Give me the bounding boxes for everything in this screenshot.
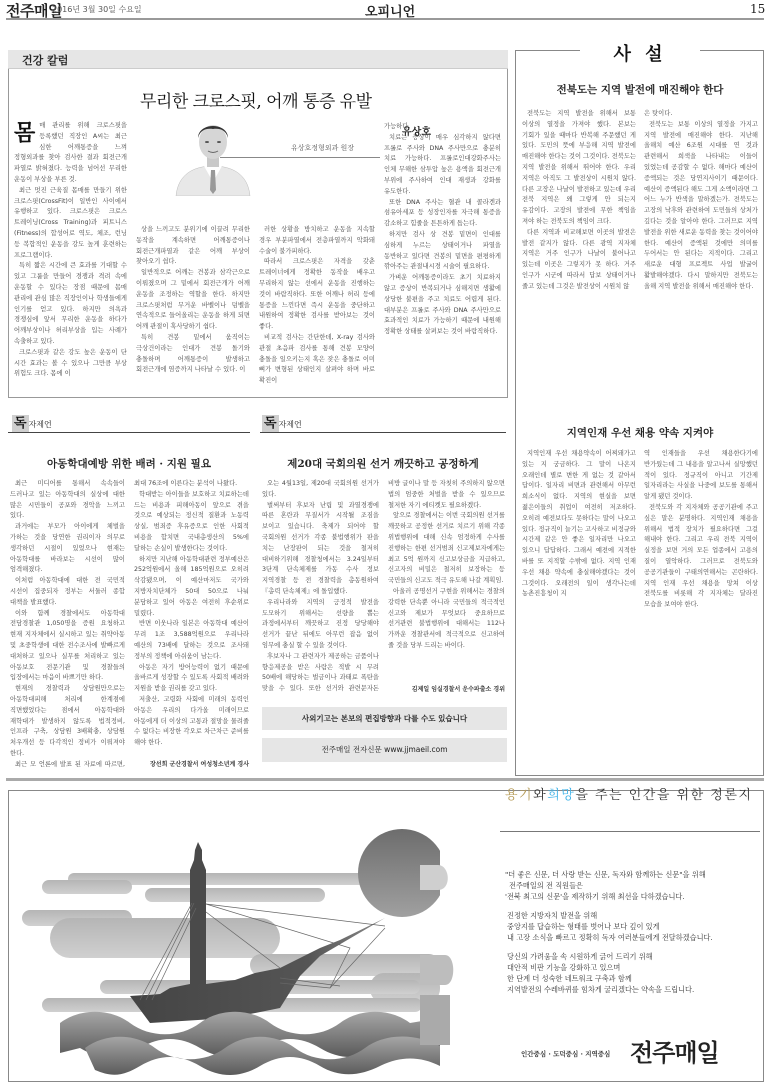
author-role: 유상호정형외과 원장 [291,143,354,153]
readers-voice-rule-right [260,432,506,433]
epaper-notice[interactable]: 전주매일 전자신문 www.jjmaeil.com [262,738,507,762]
editorial-2-col1: 지역인재 우선 채용약속이 어찌돼가고 있는 지 궁금하다. 그 말이 나온지 … [522,449,636,769]
ship-illustration [20,808,440,1078]
readers-voice-title-left: 아동학대예방 위한 배려 · 지원 필요 [8,456,250,471]
masthead-rule [6,18,764,20]
health-column-label: 건강 칼럼 [22,52,68,68]
ad-slogan-rule [500,831,760,832]
editorial-2-col2: 역 인재들을 우선 채용한다기에 반가웠는데 그 내용을 알고나서 실망했던 적… [644,449,758,769]
editorial-heading: 사 설 [580,40,700,66]
health-column-text-col3: 러한 상황을 방치하고 운동을 지속할 경우 부분파열에서 전층파열까지 악화돼… [259,225,375,389]
readers-voice-header-left: 독자제언 [12,412,252,432]
readers-voice-right-col1: 오는 4월13일, 제20대 국회의원 선거가 있다. 벌써부터 후보자 난립 … [262,479,379,692]
readers-voice-title-right: 제20대 국회의원 선거 깨끗하고 공정하게 [260,456,506,471]
author-rule [220,157,380,158]
readers-voice-left-col2: 최대 76조에 이른다는 분석이 나왔다. 학대받는 아이들을 보호하고 치료하… [134,479,249,749]
ad-paragraph-1: "더 좋은 신문, 더 사랑 받는 신문, 독자와 함께하는 신문"을 위해 전… [505,869,765,902]
health-column-text-col1: 몸 매 관리를 위해 크로스핏을 등록했던 직장인 A씨는 최근 심한 어깨통증… [14,121,127,389]
ad-logo: 전주매일 [630,1033,719,1068]
section-divider [6,778,764,781]
health-column-text-col4: 가능하다. 치료는 증상이 매우 심각하지 않다면 프롤로 주사와 DNA 주사… [384,122,501,389]
page-number: 15 [750,2,765,16]
byline-right: 김제일 임실경찰서 운수파출소 경위 [388,684,505,693]
editorial-1-col1: 전북도는 지역 발전을 위해서 보통 이상의 열정을 가져야 했다. 본보는 기… [522,109,636,405]
readers-voice-right-col2: 비방 글이나 말 등 자칫히 주의하지 않으면 법의 엄중한 처벌을 받을 수 … [388,479,505,679]
decorative-swoosh [420,845,470,1075]
ad-tagline: 인간중심 · 도덕중심 · 지역중심 [521,1049,610,1058]
editorial-1-col2: 은 탓이다. 전북도는 보통 이상의 열정을 가지고 지역 발전에 매진해야 한… [644,109,758,405]
readers-voice-left-col1: 최근 미디어를 통해서 속속들이 드러나고 있는 아동학대의 실상에 대한 많은… [10,479,125,769]
author-photo [168,108,258,196]
ad-slogan: 용기와희망을 주는 인간을 위한 정론지 [505,784,752,803]
readers-voice-rule-left [8,432,250,433]
ad-paragraph-2: 진정한 지방자치 발전을 위해 중앙지를 답습하는 형태를 벗어나 보다 깊이 … [507,910,767,943]
ad-paragraph-3: 당신의 가려움을 속 시원하게 긁어 드리기 위해 대안적 비판 기능을 강화하… [507,951,767,995]
health-column-text-col2: 상을 느끼고도 분위기에 이끌려 무리한 동작을 계속하면 어깨통증이나 회전근… [136,225,250,389]
issue-date: 2016년 3월 30일 수요일 [52,4,142,15]
health-column-tab: 건강 칼럼 [8,50,508,69]
editorial-title-2: 지역인재 우선 채용 약속 지켜야 [524,425,756,440]
byline-left: 장선희 군산경찰서 여성청소년계 경사 [134,759,249,768]
readers-voice-header-right: 독자제언 [262,412,502,432]
dropcap: 몸 [14,123,35,143]
editorial-title-1: 전북도는 지역 발전에 매진해야 한다 [524,82,756,97]
disclaimer-notice: 사외기고는 본보의 편집방향과 다를 수도 있습니다 [262,707,507,730]
